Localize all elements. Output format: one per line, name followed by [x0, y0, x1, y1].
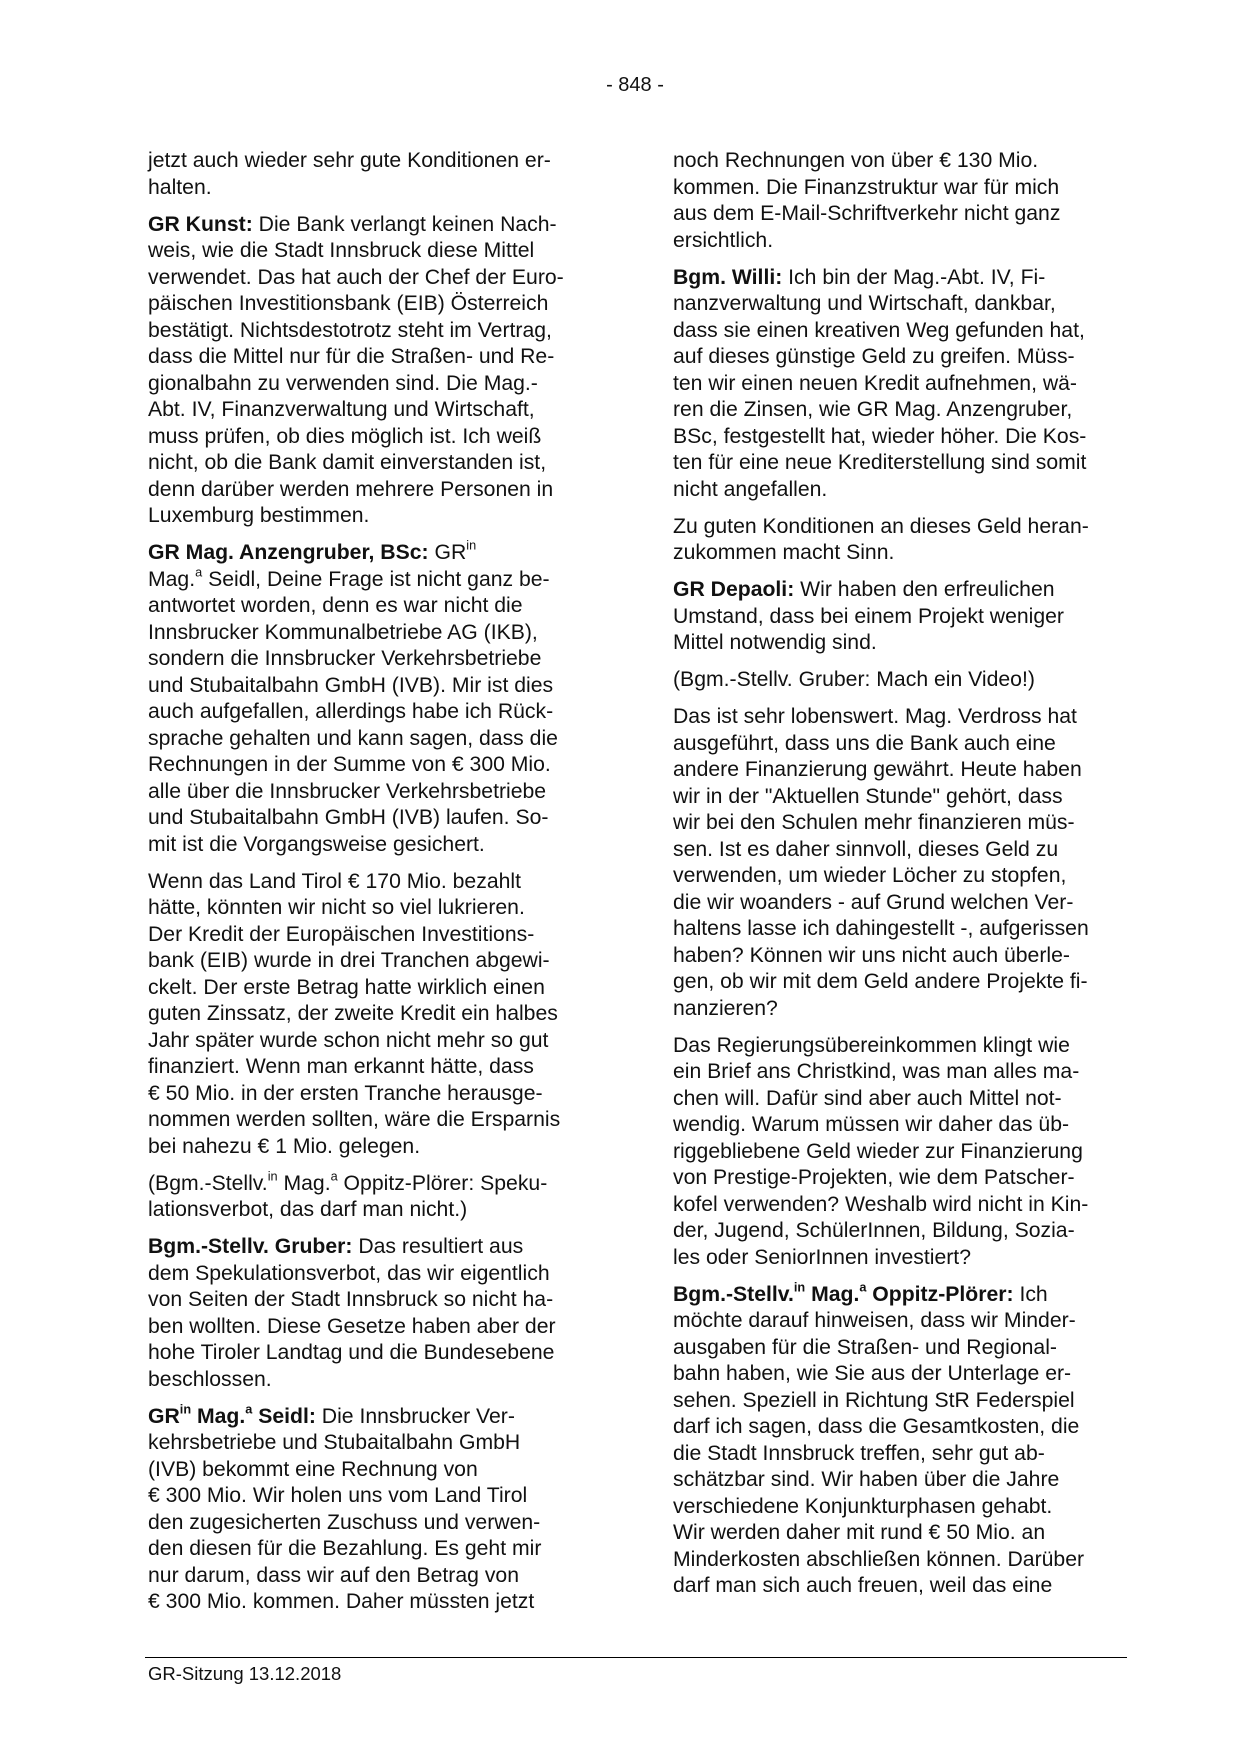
speaker-name: GRin Mag.a Seidl:: [148, 1405, 316, 1428]
text-line: nicht, ob die Bank damit einverstanden i…: [148, 450, 608, 477]
text-line: haben? Können wir uns nicht auch überle-: [673, 943, 1133, 970]
text-line: die Stadt Innsbruck treffen, sehr gut ab…: [673, 1441, 1133, 1468]
text-line: Umstand, dass bei einem Projekt weniger: [673, 604, 1133, 631]
text-line: verwenden, um wieder Löcher zu stopfen,: [673, 863, 1133, 890]
text-line: gen, ob wir mit dem Geld andere Projekte…: [673, 969, 1133, 996]
statement-gr-seidl: GRin Mag.a Seidl: Die Innsbrucker Ver- k…: [148, 1404, 608, 1616]
text-line: von Seiten der Stadt Innsbruck so nicht …: [148, 1287, 608, 1314]
paragraph-body: Zu guten Konditionen an dieses Geld hera…: [673, 514, 1133, 567]
text-line: muss prüfen, ob dies möglich ist. Ich we…: [148, 424, 608, 451]
text-line: ein Brief ans Christkind, was man alles …: [673, 1059, 1133, 1086]
text-line: nanzverwaltung und Wirtschaft, dankbar,: [673, 291, 1133, 318]
text-line: Luxemburg bestimmen.: [148, 503, 608, 530]
text-line: nommen werden sollten, wäre die Ersparni…: [148, 1107, 608, 1134]
statement-gr-anzengruber: GR Mag. Anzengruber, BSc: GRin Mag.a Sei…: [148, 540, 608, 858]
text-line: weis, wie die Stadt Innsbruck diese Mitt…: [148, 238, 608, 265]
text-line: ben wollten. Diese Gesetze haben aber de…: [148, 1314, 608, 1341]
text-line: kehrsbetriebe und Stubaitalbahn GmbH: [148, 1430, 608, 1457]
paragraph-body: Das ist sehr lobenswert. Mag. Verdross h…: [673, 704, 1133, 1022]
text-line: € 50 Mio. in der ersten Tranche herausge…: [148, 1081, 608, 1108]
text-line: Innsbrucker Kommunalbetriebe AG (IKB),: [148, 620, 608, 647]
text-line: sehen. Speziell in Richtung StR Federspi…: [673, 1388, 1133, 1415]
text-line: kommen. Die Finanzstruktur war für mich: [673, 175, 1133, 202]
statement-bgm-stellv-oppitz-ploerer: Bgm.-Stellv.in Mag.a Oppitz-Plörer: Ich …: [673, 1282, 1133, 1600]
statement-bgm-stellv-gruber: Bgm.-Stellv. Gruber: Das resultiert aus …: [148, 1234, 608, 1393]
text-line: € 300 Mio. Wir holen uns vom Land Tirol: [148, 1483, 608, 1510]
paragraph-body: Das Regierungsübereinkommen klingt wieei…: [673, 1033, 1133, 1272]
speaker-name: Bgm.-Stellv. Gruber:: [148, 1235, 352, 1258]
text-line: ausgaben für die Straßen- und Regional-: [673, 1335, 1133, 1362]
text-line: haltens lasse ich dahingestellt -, aufge…: [673, 916, 1133, 943]
text-line: verschiedene Konjunkturphasen gehabt.: [673, 1494, 1133, 1521]
text-line: verwendet. Das hat auch der Chef der Eur…: [148, 265, 608, 292]
text-line: sprache gehalten und kann sagen, dass di…: [148, 726, 608, 753]
text-line: Minderkosten abschließen können. Darüber: [673, 1547, 1133, 1574]
text-line: der, Jugend, SchülerInnen, Bildung, Sozi…: [673, 1218, 1133, 1245]
text-line: ausgeführt, dass uns die Bank auch eine: [673, 731, 1133, 758]
text-line: und Stubaitalbahn GmbH (IVB). Mir ist di…: [148, 673, 608, 700]
text-line: den diesen für die Bezahlung. Es geht mi…: [148, 1536, 608, 1563]
text-line: Das ist sehr lobenswert. Mag. Verdross h…: [673, 704, 1133, 731]
text-line: € 300 Mio. kommen. Daher müssten jetzt: [148, 1589, 608, 1616]
text-line: nur darum, dass wir auf den Betrag von: [148, 1563, 608, 1590]
text-line: wendig. Warum müssen wir daher das üb-: [673, 1112, 1133, 1139]
text-line: gionalbahn zu verwenden sind. Die Mag.-: [148, 371, 608, 398]
text-line: hätte, könnten wir nicht so viel lukrier…: [148, 895, 608, 922]
text-line: und Stubaitalbahn GmbH (IVB) laufen. So-: [148, 805, 608, 832]
text-line: alle über die Innsbrucker Verkehrsbetrie…: [148, 779, 608, 806]
speaker-name: Bgm. Willi:: [673, 266, 782, 289]
text-line: dem Spekulationsverbot, das wir eigentli…: [148, 1261, 608, 1288]
text-line: sondern die Innsbrucker Verkehrsbetriebe: [148, 646, 608, 673]
text-line: lationsverbot, das darf man nicht.): [148, 1197, 608, 1224]
text-line: Jahr später wurde schon nicht mehr so gu…: [148, 1028, 608, 1055]
text-line: jetzt auch wieder sehr gute Konditionen …: [148, 148, 608, 175]
paragraph-continuation: noch Rechnungen von über € 130 Mio.komme…: [673, 148, 1133, 254]
text-line: ten wir einen neuen Kredit aufnehmen, wä…: [673, 371, 1133, 398]
text-line: kofel verwenden? Weshalb wird nicht in K…: [673, 1192, 1133, 1219]
speaker-name: GR Kunst:: [148, 213, 253, 236]
text-line: Wenn das Land Tirol € 170 Mio. bezahlt: [148, 869, 608, 896]
text-line: den zugesicherten Zuschuss und verwen-: [148, 1510, 608, 1537]
text-line: bank (EIB) wurde in drei Tranchen abgewi…: [148, 948, 608, 975]
text-line: Wir werden daher mit rund € 50 Mio. an: [673, 1520, 1133, 1547]
interjection-oppitz-ploerer: (Bgm.-Stellv.in Mag.a Oppitz-Plörer: Spe…: [148, 1171, 608, 1224]
paragraph-body: Wenn das Land Tirol € 170 Mio. bezahlthä…: [148, 869, 608, 1161]
text-line: dass sie einen kreativen Weg gefunden ha…: [673, 318, 1133, 345]
text-line: päischen Investitionsbank (EIB) Österrei…: [148, 291, 608, 318]
text-line: Mittel notwendig sind.: [673, 630, 1133, 657]
text-line: Das Regierungsübereinkommen klingt wie: [673, 1033, 1133, 1060]
text-line: wir in der "Aktuellen Stunde" gehört, da…: [673, 784, 1133, 811]
text-line: Der Kredit der Europäischen Investitions…: [148, 922, 608, 949]
text-line: Zu guten Konditionen an dieses Geld hera…: [673, 514, 1133, 541]
text-line: les oder SeniorInnen investiert?: [673, 1245, 1133, 1272]
text-line: ten für eine neue Krediterstellung sind …: [673, 450, 1133, 477]
text-line: ersichtlich.: [673, 228, 1133, 255]
interjection-gruber: (Bgm.-Stellv. Gruber: Mach ein Video!): [673, 667, 1133, 694]
page-number: - 848 -: [0, 73, 1241, 97]
text-line: nicht angefallen.: [673, 477, 1133, 504]
text-line: auch aufgefallen, allerdings habe ich Rü…: [148, 699, 608, 726]
text-line: nanzieren?: [673, 996, 1133, 1023]
text-line: halten.: [148, 175, 608, 202]
text-line: andere Finanzierung gewährt. Heute haben: [673, 757, 1133, 784]
text-line: guten Zinssatz, der zweite Kredit ein ha…: [148, 1001, 608, 1028]
text-line: aus dem E-Mail-Schriftverkehr nicht ganz: [673, 201, 1133, 228]
text-line: die wir woanders - auf Grund welchen Ver…: [673, 890, 1133, 917]
text-line: auf dieses günstige Geld zu greifen. Müs…: [673, 344, 1133, 371]
text-line: bestätigt. Nichtsdestotrotz steht im Ver…: [148, 318, 608, 345]
text-line: mit ist die Vorgangsweise gesichert.: [148, 832, 608, 859]
text-line: bei nahezu € 1 Mio. gelegen.: [148, 1134, 608, 1161]
text-line: Abt. IV, Finanzverwaltung und Wirtschaft…: [148, 397, 608, 424]
text-line: finanziert. Wenn man erkannt hätte, dass: [148, 1054, 608, 1081]
footer-divider: [145, 1657, 1127, 1658]
text-line: darf ich sagen, dass die Gesamtkosten, d…: [673, 1414, 1133, 1441]
text-line: (Bgm.-Stellv. Gruber: Mach ein Video!): [673, 667, 1133, 694]
text-line: ckelt. Der erste Betrag hatte wirklich e…: [148, 975, 608, 1002]
text-line: noch Rechnungen von über € 130 Mio.: [673, 148, 1133, 175]
speaker-name: GR Depaoli:: [673, 578, 794, 601]
text-line: (IVB) bekommt eine Rechnung von: [148, 1457, 608, 1484]
speaker-name: GR Mag. Anzengruber, BSc:: [148, 541, 429, 564]
left-column: jetzt auch wieder sehr gute Konditionen …: [148, 148, 608, 1626]
text-line: hohe Tiroler Landtag und die Bundesebene: [148, 1340, 608, 1367]
text-line: chen will. Dafür sind aber auch Mittel n…: [673, 1086, 1133, 1113]
text-line: darf man sich auch freuen, weil das eine: [673, 1573, 1133, 1600]
paragraph-continuation: jetzt auch wieder sehr gute Konditionen …: [148, 148, 608, 201]
text-line: sen. Ist es daher sinnvoll, dieses Geld …: [673, 837, 1133, 864]
text-line: schätzbar sind. Wir haben über die Jahre: [673, 1467, 1133, 1494]
right-column: noch Rechnungen von über € 130 Mio.komme…: [673, 148, 1133, 1610]
speaker-name: Bgm.-Stellv.in Mag.a Oppitz-Plörer:: [673, 1283, 1014, 1306]
text-line: ren die Zinsen, wie GR Mag. Anzengruber,: [673, 397, 1133, 424]
statement-gr-depaoli: GR Depaoli: Wir haben den erfreulichen U…: [673, 577, 1133, 657]
text-line: zukommen macht Sinn.: [673, 540, 1133, 567]
text-line: BSc, festgestellt hat, wieder höher. Die…: [673, 424, 1133, 451]
text-line: beschlossen.: [148, 1367, 608, 1394]
text-line: bahn haben, wie Sie aus der Unterlage er…: [673, 1361, 1133, 1388]
text-line: möchte darauf hinweisen, dass wir Minder…: [673, 1308, 1133, 1335]
statement-bgm-willi: Bgm. Willi: Ich bin der Mag.-Abt. IV, Fi…: [673, 265, 1133, 504]
statement-gr-kunst: GR Kunst: Die Bank verlangt keinen Nach-…: [148, 212, 608, 530]
text-line: Rechnungen in der Summe von € 300 Mio.: [148, 752, 608, 779]
footer-session-date: GR-Sitzung 13.12.2018: [148, 1663, 341, 1685]
text-line: riggebliebene Geld wieder zur Finanzieru…: [673, 1139, 1133, 1166]
text-line: antwortet worden, denn es war nicht die: [148, 593, 608, 620]
text-line: von Prestige-Projekten, wie dem Patscher…: [673, 1165, 1133, 1192]
text-line: dass die Mittel nur für die Straßen- und…: [148, 344, 608, 371]
text-line: wir bei den Schulen mehr finanzieren müs…: [673, 810, 1133, 837]
text-line: denn darüber werden mehrere Personen in: [148, 477, 608, 504]
